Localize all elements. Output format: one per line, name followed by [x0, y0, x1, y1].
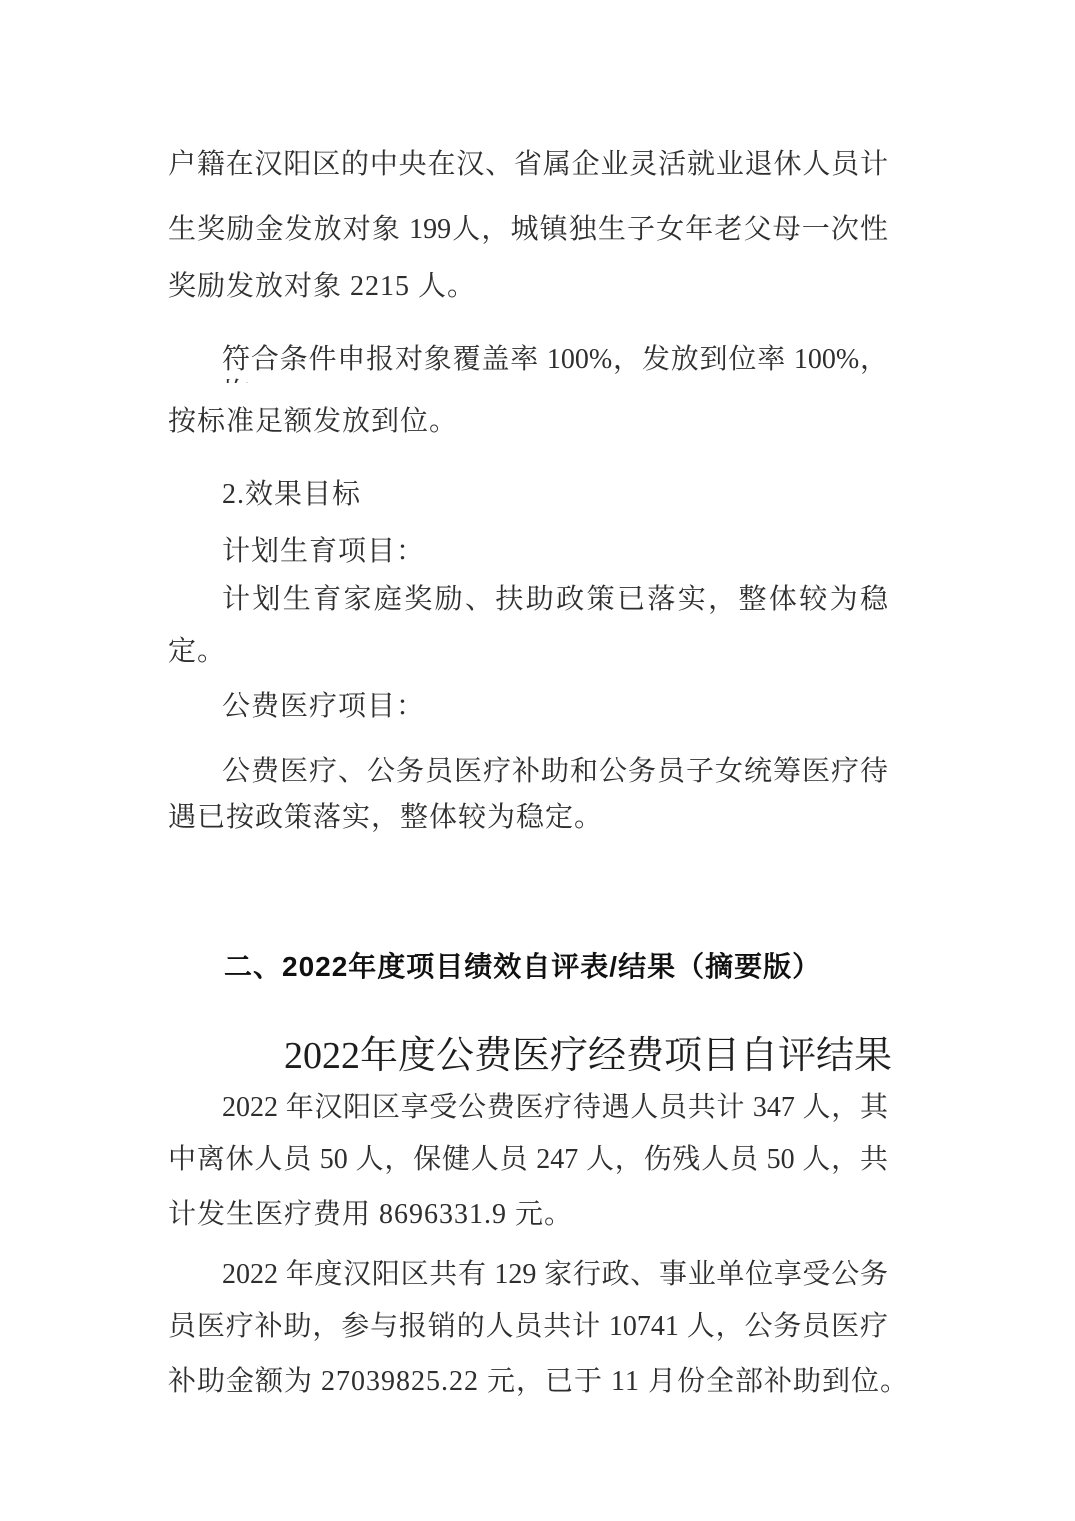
- para-coverage-line-2: 按标准足额发放到位。: [168, 405, 458, 439]
- para-beneficiaries-line-2: 生奖励金发放对象 199人，城镇独生子女年老父母一次性: [168, 213, 888, 253]
- para-public-medical-line-2: 遇已按政策落实，整体较为稳定。: [168, 801, 603, 835]
- label-family-planning-project: 计划生育项目：: [222, 535, 425, 569]
- label-public-medical-project: 公费医疗项目：: [222, 690, 425, 724]
- para-subsidy-line-3: 补助金额为 27039825.22 元，已于 11 月份全部补助到位。: [168, 1365, 909, 1399]
- para-beneficiaries-line-3: 奖励发放对象 2215 人。: [168, 270, 476, 304]
- heading-effect-goal: 2.效果目标: [222, 478, 361, 512]
- para-coverage-line-1: 符合条件申报对象覆盖率 100%，发放到位率 100%，均: [222, 343, 888, 383]
- para-medical-expense-line-2: 中离休人员 50 人，保健人员 247 人，伤残人员 50 人，共: [168, 1143, 888, 1183]
- para-family-planning-line-2: 定。: [168, 635, 226, 669]
- section-heading: 二、2022年度项目绩效自评表/结果（摘要版）: [224, 945, 821, 985]
- para-medical-expense-line-1: 2022 年汉阳区享受公费医疗待遇人员共计 347 人，其: [222, 1091, 888, 1131]
- para-medical-expense-line-3: 计发生医疗费用 8696331.9 元。: [168, 1198, 573, 1232]
- para-family-planning-line-1: 计划生育家庭奖励、扶助政策已落实，整体较为稳: [222, 583, 888, 623]
- para-public-medical-line-1: 公费医疗、公务员医疗补助和公务员子女统筹医疗待: [222, 755, 888, 795]
- para-subsidy-line-2: 员医疗补助，参与报销的人员共计 10741 人，公务员医疗: [168, 1310, 888, 1350]
- subsection-title: 2022年度公费医疗经费项目自评结果: [284, 1024, 892, 1079]
- para-beneficiaries-line-1: 户籍在汉阳区的中央在汉、省属企业灵活就业退休人员计: [168, 148, 888, 188]
- document-page: 户籍在汉阳区的中央在汉、省属企业灵活就业退休人员计 生奖励金发放对象 199人，…: [0, 0, 1075, 1521]
- para-subsidy-line-1: 2022 年度汉阳区共有 129 家行政、事业单位享受公务: [222, 1258, 888, 1298]
